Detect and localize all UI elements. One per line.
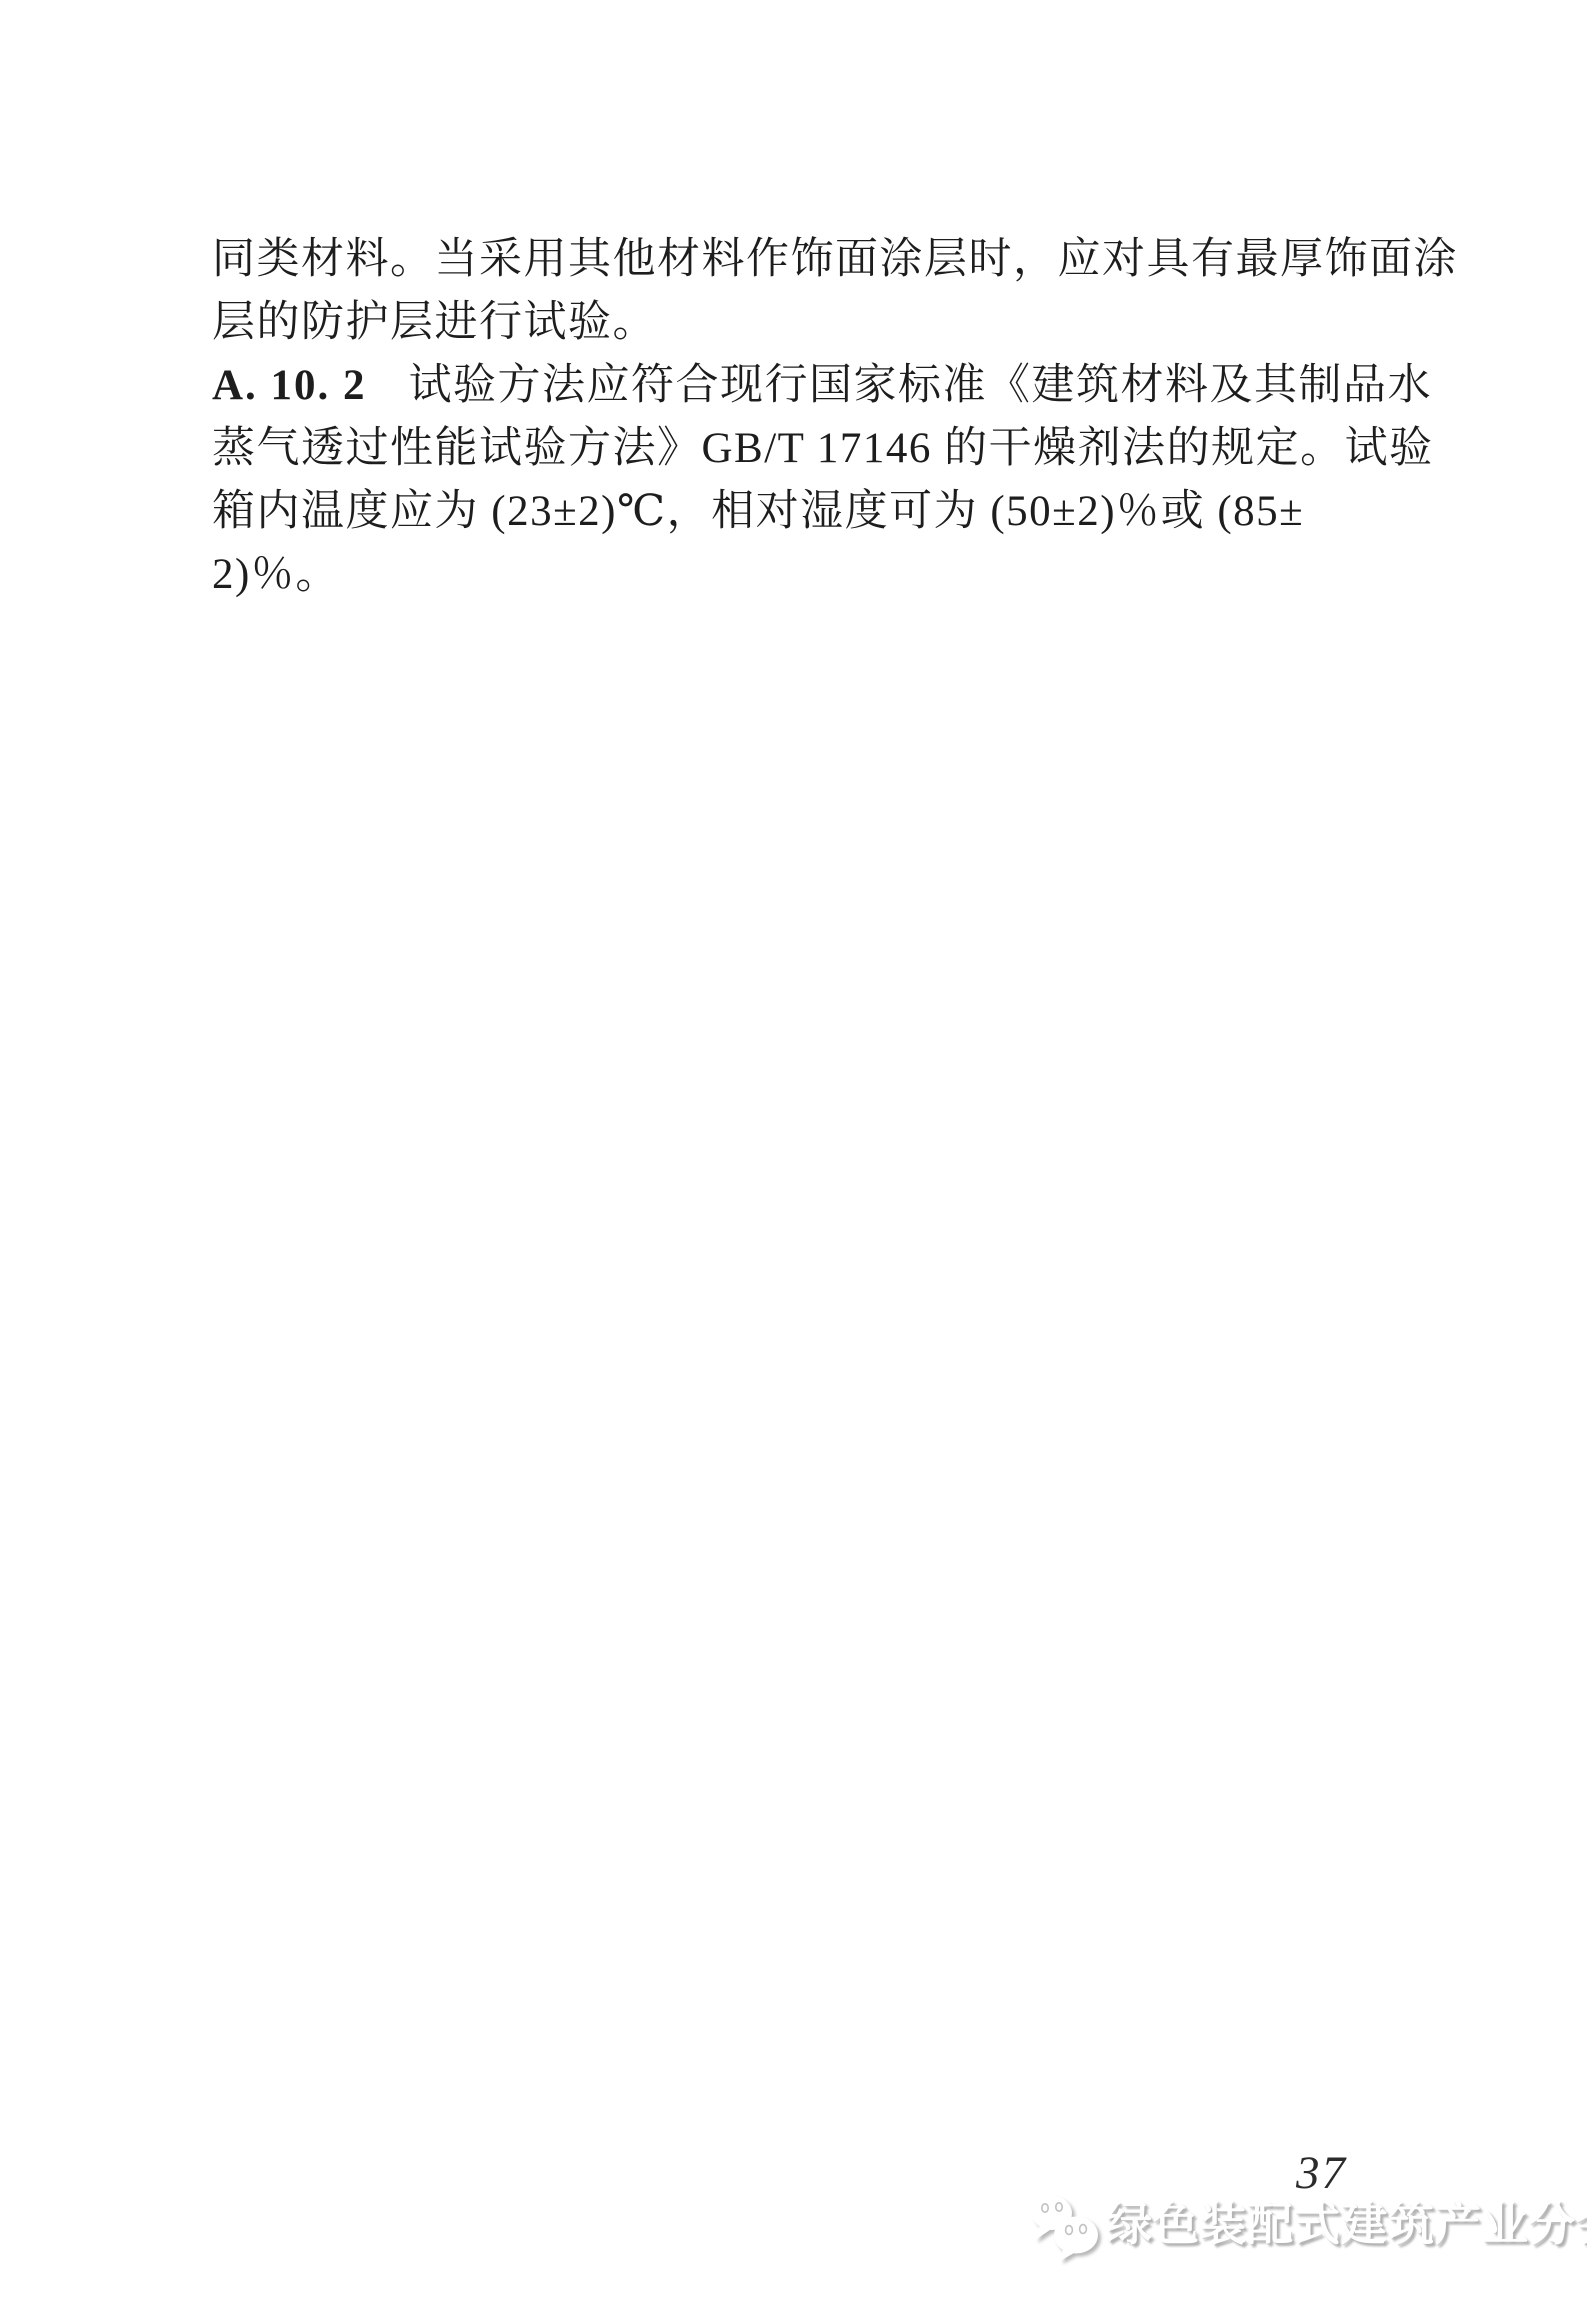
- paragraph-line: 箱内温度应为 (23±2)℃，相对湿度可为 (50±2)％或 (85±: [212, 480, 1402, 543]
- body-text: 同类材料。当采用其他材料作饰面涂层时，应对具有最厚饰面涂 层的防护层进行试验。 …: [212, 228, 1402, 606]
- paragraph-line: 蒸气透过性能试验方法》GB/T 17146 的干燥剂法的规定。试验: [212, 417, 1402, 480]
- paragraph-line: 2)％。: [212, 543, 1402, 606]
- paragraph-line: 同类材料。当采用其他材料作饰面涂层时，应对具有最厚饰面涂: [212, 228, 1402, 291]
- wechat-icon: [1028, 2192, 1100, 2262]
- section-number: A. 10. 2: [212, 362, 367, 409]
- footer-watermark: 绿色装配式建筑产业分会: [1028, 2192, 1587, 2262]
- section-text: 试验方法应符合现行国家标准《建筑材料及其制品水: [409, 362, 1433, 409]
- paragraph-line: 层的防护层进行试验。: [212, 291, 1402, 354]
- document-page: 同类材料。当采用其他材料作饰面涂层时，应对具有最厚饰面涂 层的防护层进行试验。 …: [0, 0, 1587, 2300]
- section-a-10-2-line: A. 10. 2试验方法应符合现行国家标准《建筑材料及其制品水: [212, 354, 1402, 417]
- watermark-text: 绿色装配式建筑产业分会: [1106, 2192, 1587, 2256]
